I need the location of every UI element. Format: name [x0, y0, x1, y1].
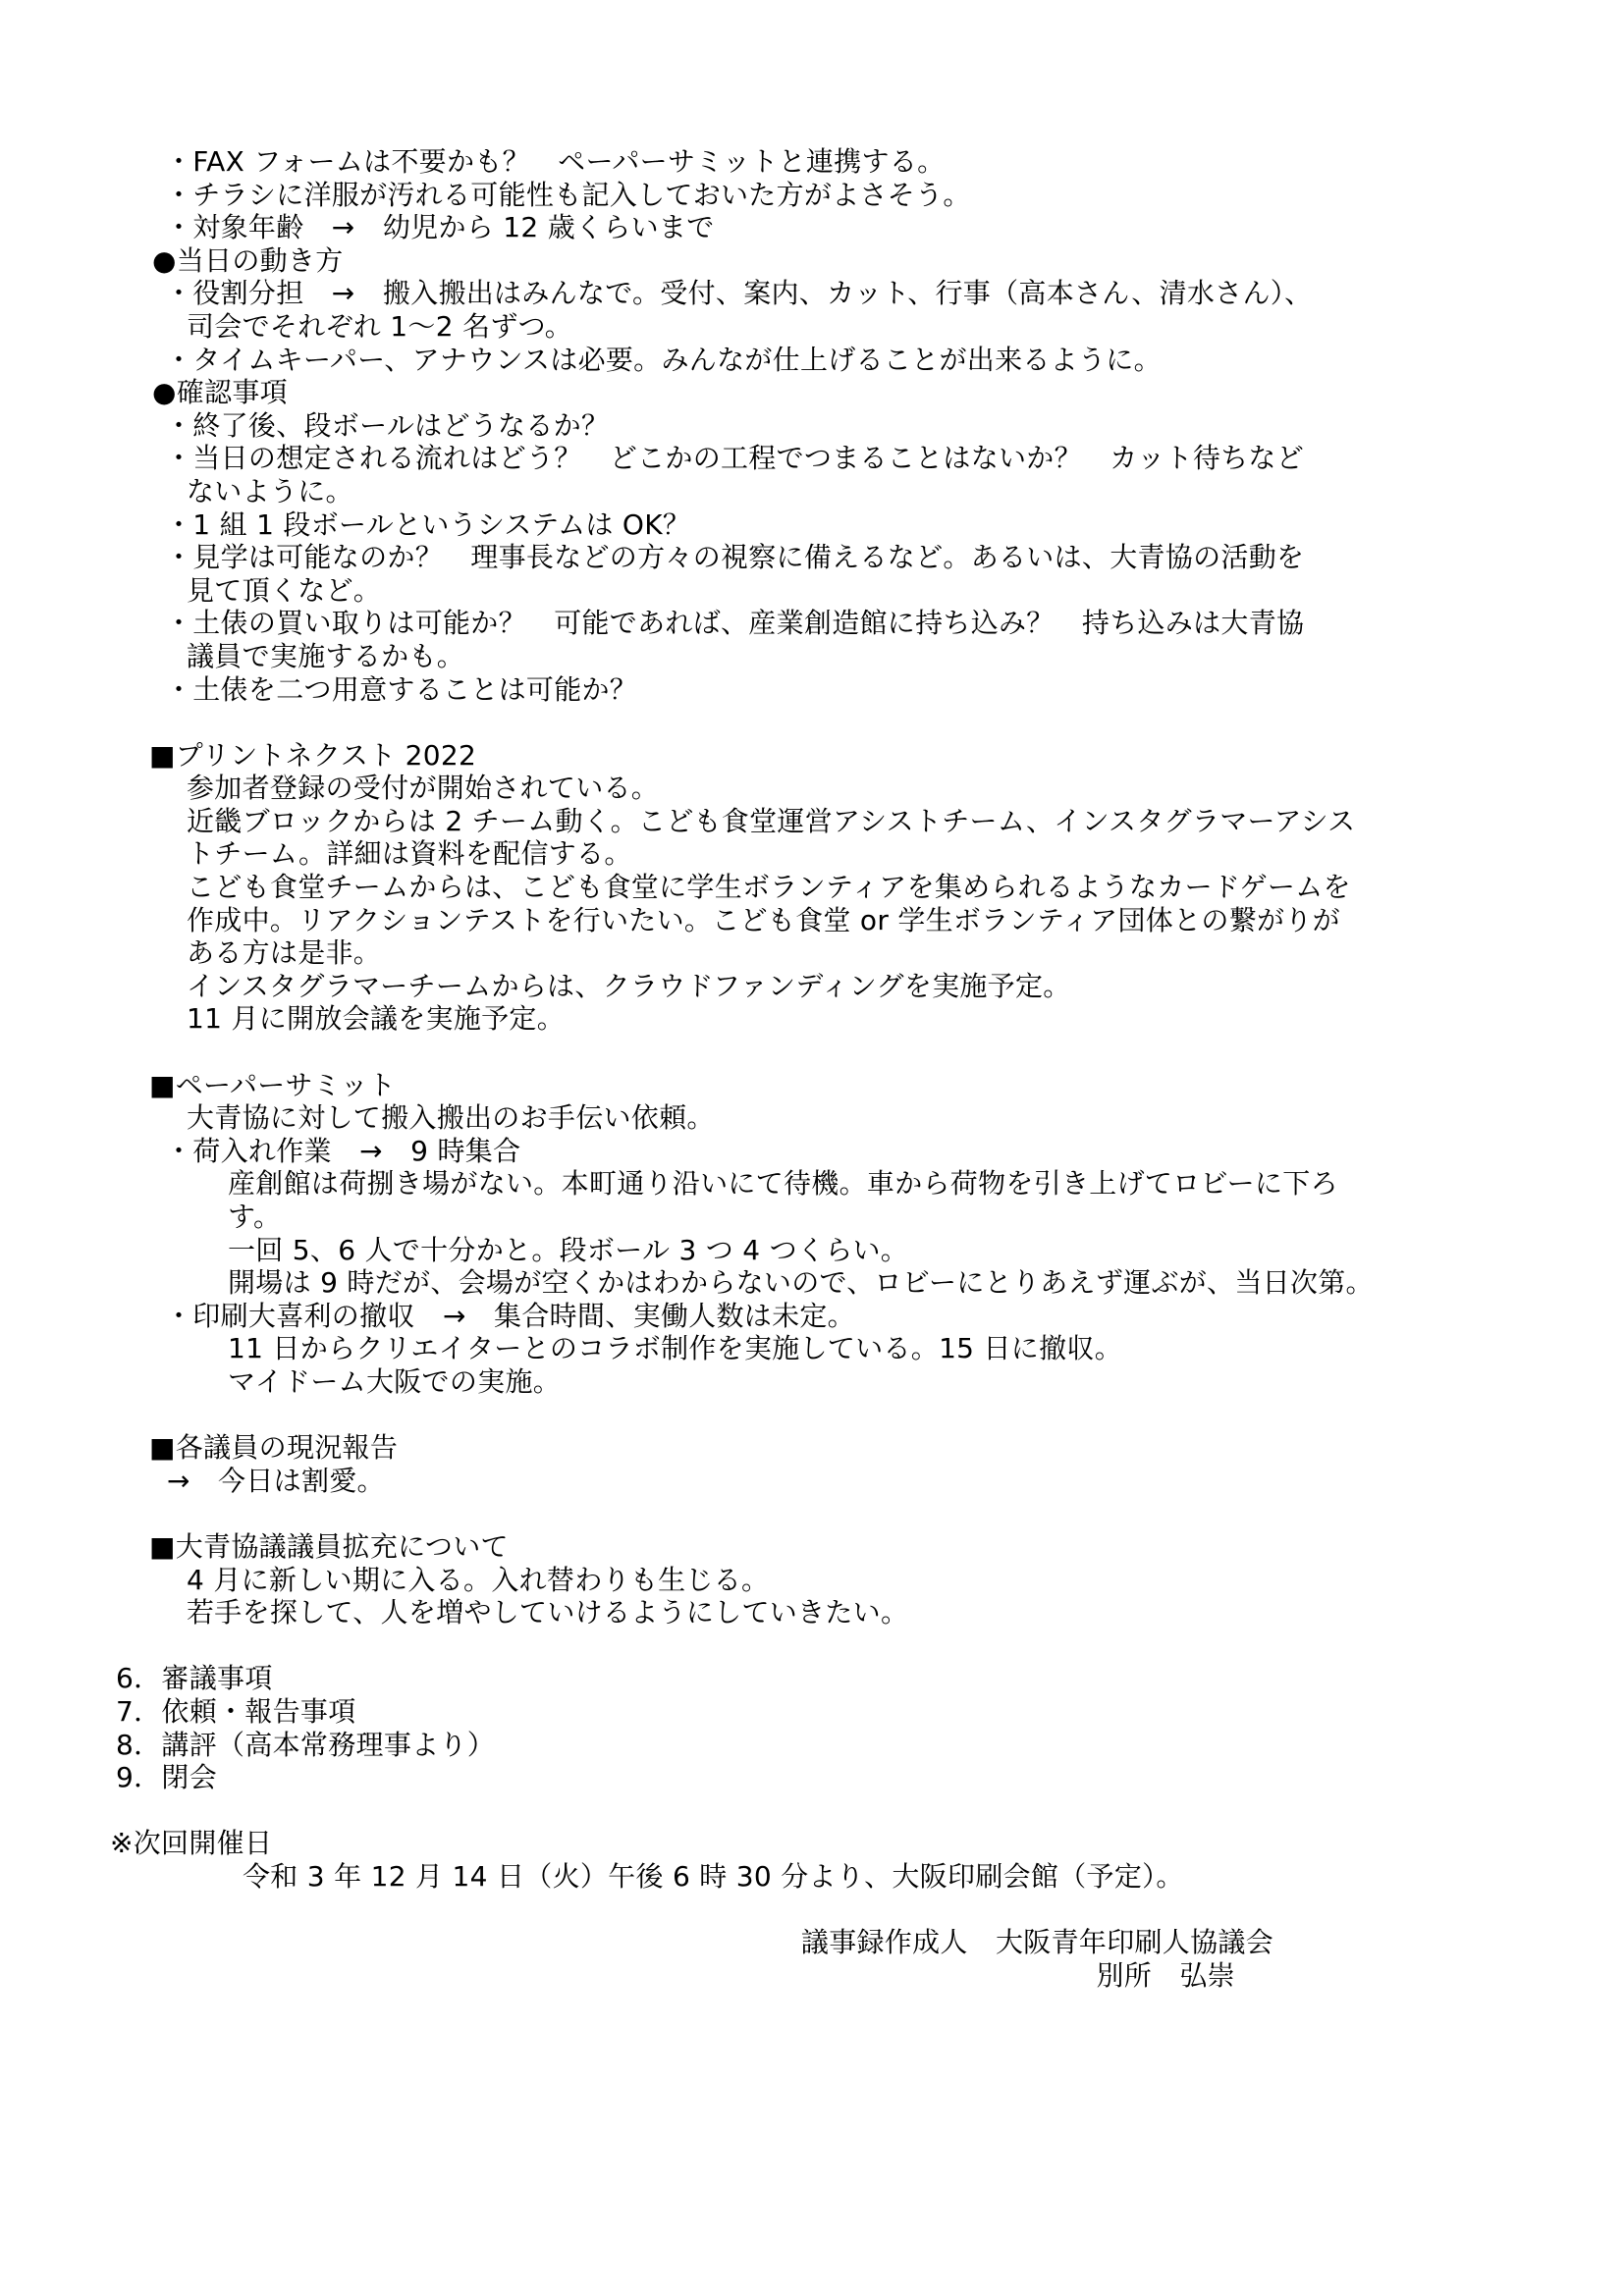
sub-note-line: 開場は 9 時だが、会場が空くかはわからないので、ロビーにとりあえず運ぶが、当日… [0, 1266, 1624, 1300]
paragraph-line: インスタグラマーチームからは、クラウドファンディングを実施予定。 [0, 970, 1624, 1003]
section-header: ■プリントネクスト 2022 [0, 739, 1624, 773]
note-header: ※次回開催日 [0, 1827, 1624, 1860]
bullet-item: ・役割分担 → 搬入搬出はみんなで。受付、案内、カット、行事（高本さん、清水さん… [0, 277, 1624, 310]
blank-line [0, 706, 1624, 739]
blank-line [0, 1794, 1624, 1828]
section-header: ■大青協議議員拡充について [0, 1530, 1624, 1564]
arrow-reply-line: → 今日は割愛。 [0, 1465, 1624, 1498]
agenda-item: 9．閉会 [0, 1761, 1624, 1794]
paragraph-line: ある方は是非。 [0, 936, 1624, 970]
paragraph-line: 作成中。リアクションテストを行いたい。こども食堂 or 学生ボランティア団体との… [0, 904, 1624, 937]
sub-note-line: 産創館は荷捌き場がない。本町通り沿いにて待機。車から荷物を引き上げてロビーに下ろ [0, 1167, 1624, 1201]
wrapped-line: 見て頂くなど。 [0, 574, 1624, 608]
section-event-notes: ・FAX フォームは不要かも？ ペーパーサミットと連携する。 ・チラシに洋服が汚… [0, 145, 1624, 706]
section-header: ●当日の動き方 [0, 244, 1624, 278]
bullet-item: ・見学は可能なのか？ 理事長などの方々の視察に備えるなど。あるいは、大青協の活動… [0, 541, 1624, 574]
section-signature: 議事録作成人 大阪青年印刷人協議会 別所 弘崇 [0, 1926, 1624, 1992]
bullet-item: ・土俵を二つ用意することは可能か？ [0, 673, 1624, 707]
blank-line [0, 1497, 1624, 1530]
blank-line [0, 1036, 1624, 1069]
agenda-item: 7．依頼・報告事項 [0, 1695, 1624, 1729]
sub-note-line: す。 [0, 1201, 1624, 1234]
section-member-status-report: ■各議員の現況報告 → 今日は割愛。 [0, 1431, 1624, 1497]
agenda-item: 8．講評（高本常務理事より） [0, 1729, 1624, 1762]
bullet-item: ・タイムキーパー、アナウンスは必要。みんなが仕上げることが出来るように。 [0, 344, 1624, 377]
wrapped-line: 司会でそれぞれ 1～2 名ずつ。 [0, 310, 1624, 344]
document-body: ・FAX フォームは不要かも？ ペーパーサミットと連携する。 ・チラシに洋服が汚… [0, 145, 1624, 1992]
bullet-item: ・終了後、段ボールはどうなるか？ [0, 409, 1624, 443]
agenda-item: 6．審議事項 [0, 1662, 1624, 1695]
sub-note-line: マイドーム大阪での実施。 [0, 1365, 1624, 1399]
paragraph-line: 参加者登録の受付が開始されている。 [0, 772, 1624, 805]
document-page: ・FAX フォームは不要かも？ ペーパーサミットと連携する。 ・チラシに洋服が汚… [0, 0, 1624, 2296]
bullet-item: ・1 組 1 段ボールというシステムは OK？ [0, 508, 1624, 542]
bullet-item: ・土俵の買い取りは可能か？ 可能であれば、産業創造館に持ち込み？ 持ち込みは大青… [0, 607, 1624, 640]
paragraph-line: こども食堂チームからは、こども食堂に学生ボランティアを集められるようなカードゲー… [0, 871, 1624, 904]
section-print-next-2022: ■プリントネクスト 2022 参加者登録の受付が開始されている。 近畿ブロックか… [0, 739, 1624, 1036]
sub-note-line: 11 日からクリエイターとのコラボ制作を実施している。15 日に撤収。 [0, 1332, 1624, 1365]
section-agenda-items: 6．審議事項 7．依頼・報告事項 8．講評（高本常務理事より） 9．閉会 [0, 1662, 1624, 1793]
bullet-item: ・チラシに洋服が汚れる可能性も記入しておいた方がよさそう。 [0, 179, 1624, 212]
section-header: ■ペーパーサミット [0, 1069, 1624, 1102]
paragraph-line: 4 月に新しい期に入る。入れ替わりも生じる。 [0, 1564, 1624, 1597]
next-meeting-date: 令和 3 年 12 月 14 日（火）午後 6 時 30 分より、大阪印刷会館（… [0, 1860, 1624, 1894]
wrapped-line: 議員で実施するかも。 [0, 640, 1624, 673]
blank-line [0, 1893, 1624, 1926]
bullet-item: ・当日の想定される流れはどう？ どこかの工程でつまることはないか？ カット待ちな… [0, 442, 1624, 475]
bullet-item: ・FAX フォームは不要かも？ ペーパーサミットと連携する。 [0, 145, 1624, 179]
author-name: 別所 弘崇 [0, 1959, 1624, 1993]
section-next-meeting: ※次回開催日 令和 3 年 12 月 14 日（火）午後 6 時 30 分より、… [0, 1827, 1624, 1893]
blank-line [0, 1399, 1624, 1432]
section-paper-summit: ■ペーパーサミット 大青協に対して搬入搬出のお手伝い依頼。 ・荷入れ作業 → 9… [0, 1069, 1624, 1399]
section-header: ●確認事項 [0, 376, 1624, 409]
paragraph-line: 近畿ブロックからは 2 チーム動く。こども食堂運営アシストチーム、インスタグラマ… [0, 805, 1624, 838]
section-member-expansion: ■大青協議議員拡充について 4 月に新しい期に入る。入れ替わりも生じる。 若手を… [0, 1530, 1624, 1629]
bullet-item: ・対象年齢 → 幼児から 12 歳くらいまで [0, 211, 1624, 244]
blank-line [0, 1629, 1624, 1663]
minutes-author-line: 議事録作成人 大阪青年印刷人協議会 [0, 1926, 1624, 1959]
paragraph-line: 大青協に対して搬入搬出のお手伝い依頼。 [0, 1101, 1624, 1135]
bullet-item: ・印刷大喜利の撤収 → 集合時間、実働人数は未定。 [0, 1300, 1624, 1333]
paragraph-line: 11 月に開放会議を実施予定。 [0, 1002, 1624, 1036]
section-header: ■各議員の現況報告 [0, 1431, 1624, 1465]
paragraph-line: 若手を探して、人を増やしていけるようにしていきたい。 [0, 1596, 1624, 1629]
bullet-item: ・荷入れ作業 → 9 時集合 [0, 1135, 1624, 1168]
sub-note-line: 一回 5、6 人で十分かと。段ボール 3 つ 4 つくらい。 [0, 1234, 1624, 1267]
paragraph-line: トチーム。詳細は資料を配信する。 [0, 837, 1624, 871]
wrapped-line: ないように。 [0, 475, 1624, 508]
